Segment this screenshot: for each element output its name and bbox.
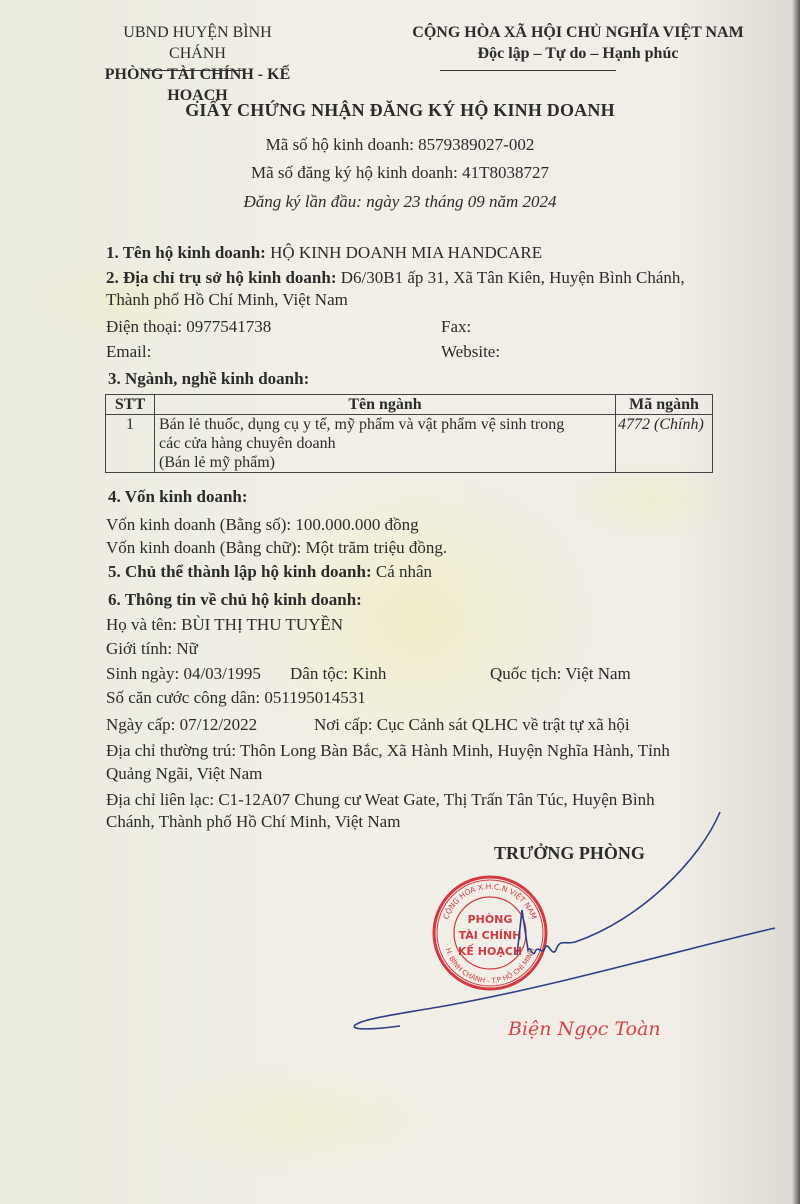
handwritten-signature-icon [0,0,800,1204]
signer-name: Biện Ngọc Toàn [508,1018,661,1040]
certificate-page: UBND HUYỆN BÌNH CHÁNH PHÒNG TÀI CHÍNH - … [0,0,800,1204]
